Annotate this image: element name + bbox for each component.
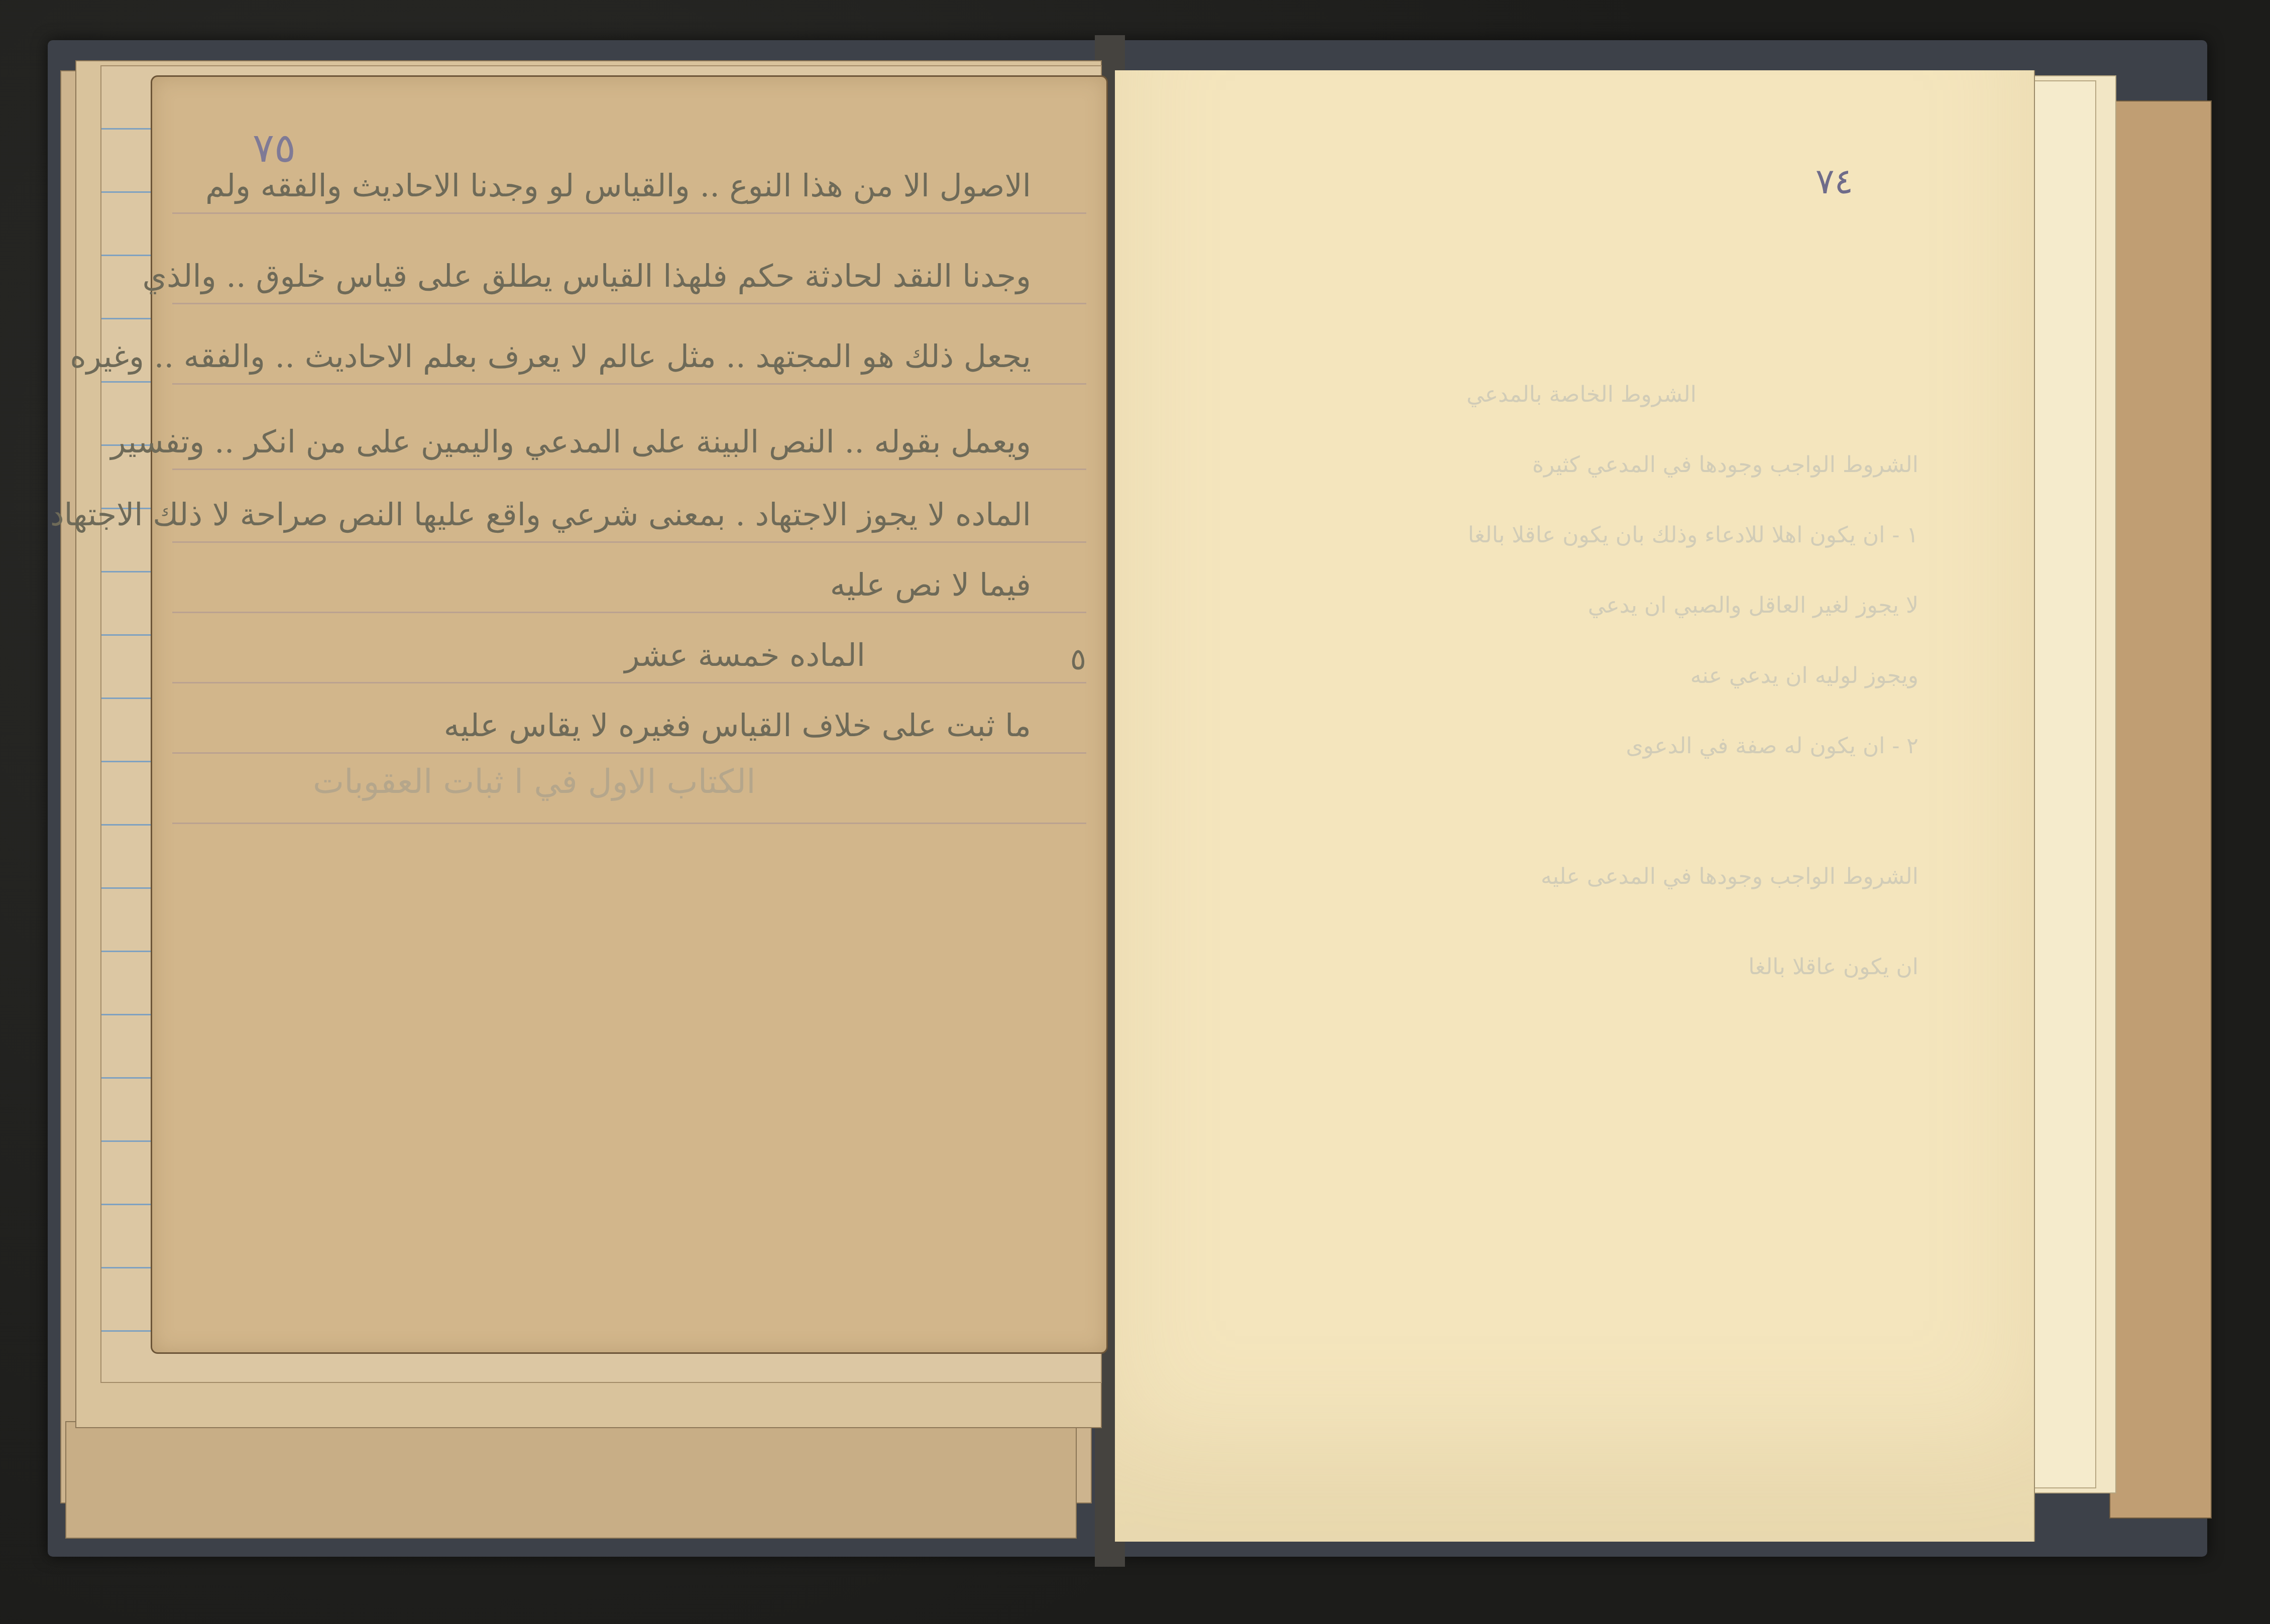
rule-line — [172, 383, 1086, 385]
bleed-through-line: ٢ - ان يكون له صفة في الدعوى — [1626, 733, 1918, 759]
handwritten-line: يجعل ذلك هو المجتهد .. مثل عالم لا يعرف … — [70, 338, 1031, 375]
rule-line — [172, 752, 1086, 754]
page-number-right: ٧٤ — [1815, 161, 1853, 202]
bleed-through-line: ويجوز لوليه ان يدعي عنه — [1690, 663, 1918, 688]
rule-line — [172, 541, 1086, 543]
item-number: ٥ — [1070, 642, 1086, 677]
handwritten-line: الاصول الا من هذا النوع .. والقياس لو وج… — [205, 167, 1031, 204]
handwritten-line: ويعمل بقوله .. النص البينة على المدعي وا… — [111, 423, 1031, 460]
item-text: ما ثبت على خلاف القياس فغيره لا يقاس علي… — [444, 707, 1031, 744]
right-back-cover-sheet — [2109, 100, 2212, 1519]
right-page: ٧٤ الشروط الخاصة بالمدعي الشروط الواجب و… — [1115, 70, 2035, 1542]
rule-line — [172, 612, 1086, 613]
handwritten-line: الماده لا يجوز الاجتهاد . بمعنى شرعي واق… — [50, 496, 1031, 533]
rule-line — [172, 303, 1086, 304]
bleed-through-line: ١ - ان يكون اهلا للادعاء وذلك بان يكون ع… — [1468, 522, 1918, 548]
rule-line — [172, 469, 1086, 470]
bleed-through-line: لا يجوز لغير العاقل والصبي ان يدعي — [1588, 593, 1918, 618]
rule-line — [172, 212, 1086, 214]
rule-line — [172, 682, 1086, 683]
rule-line — [172, 823, 1086, 824]
bleed-through-heading: الشروط الخاصة بالمدعي — [1466, 382, 1696, 407]
bleed-through-line: الشروط الواجب وجودها في المدعي كثيرة — [1532, 452, 1918, 478]
item-heading: الماده خمسة عشر — [624, 637, 865, 673]
page-number-left: ٧٥ — [253, 125, 296, 171]
left-page: ٧٥ الاصول الا من هذا النوع .. والقياس لو… — [151, 75, 1108, 1354]
faint-pencil-line: الكتاب الاول في ا ثبات العقوبات — [313, 762, 756, 801]
bleed-through-line: ان يكون عاقلا بالغا — [1748, 954, 1918, 980]
bleed-through-line: الشروط الواجب وجودها في المدعى عليه — [1541, 864, 1918, 889]
handwritten-line: وجدنا النقد لحادثة حكم فلهذا القياس يطلق… — [143, 258, 1031, 294]
handwritten-line: فيما لا نص عليه — [830, 566, 1031, 603]
left-bottom-flap — [65, 1421, 1077, 1539]
